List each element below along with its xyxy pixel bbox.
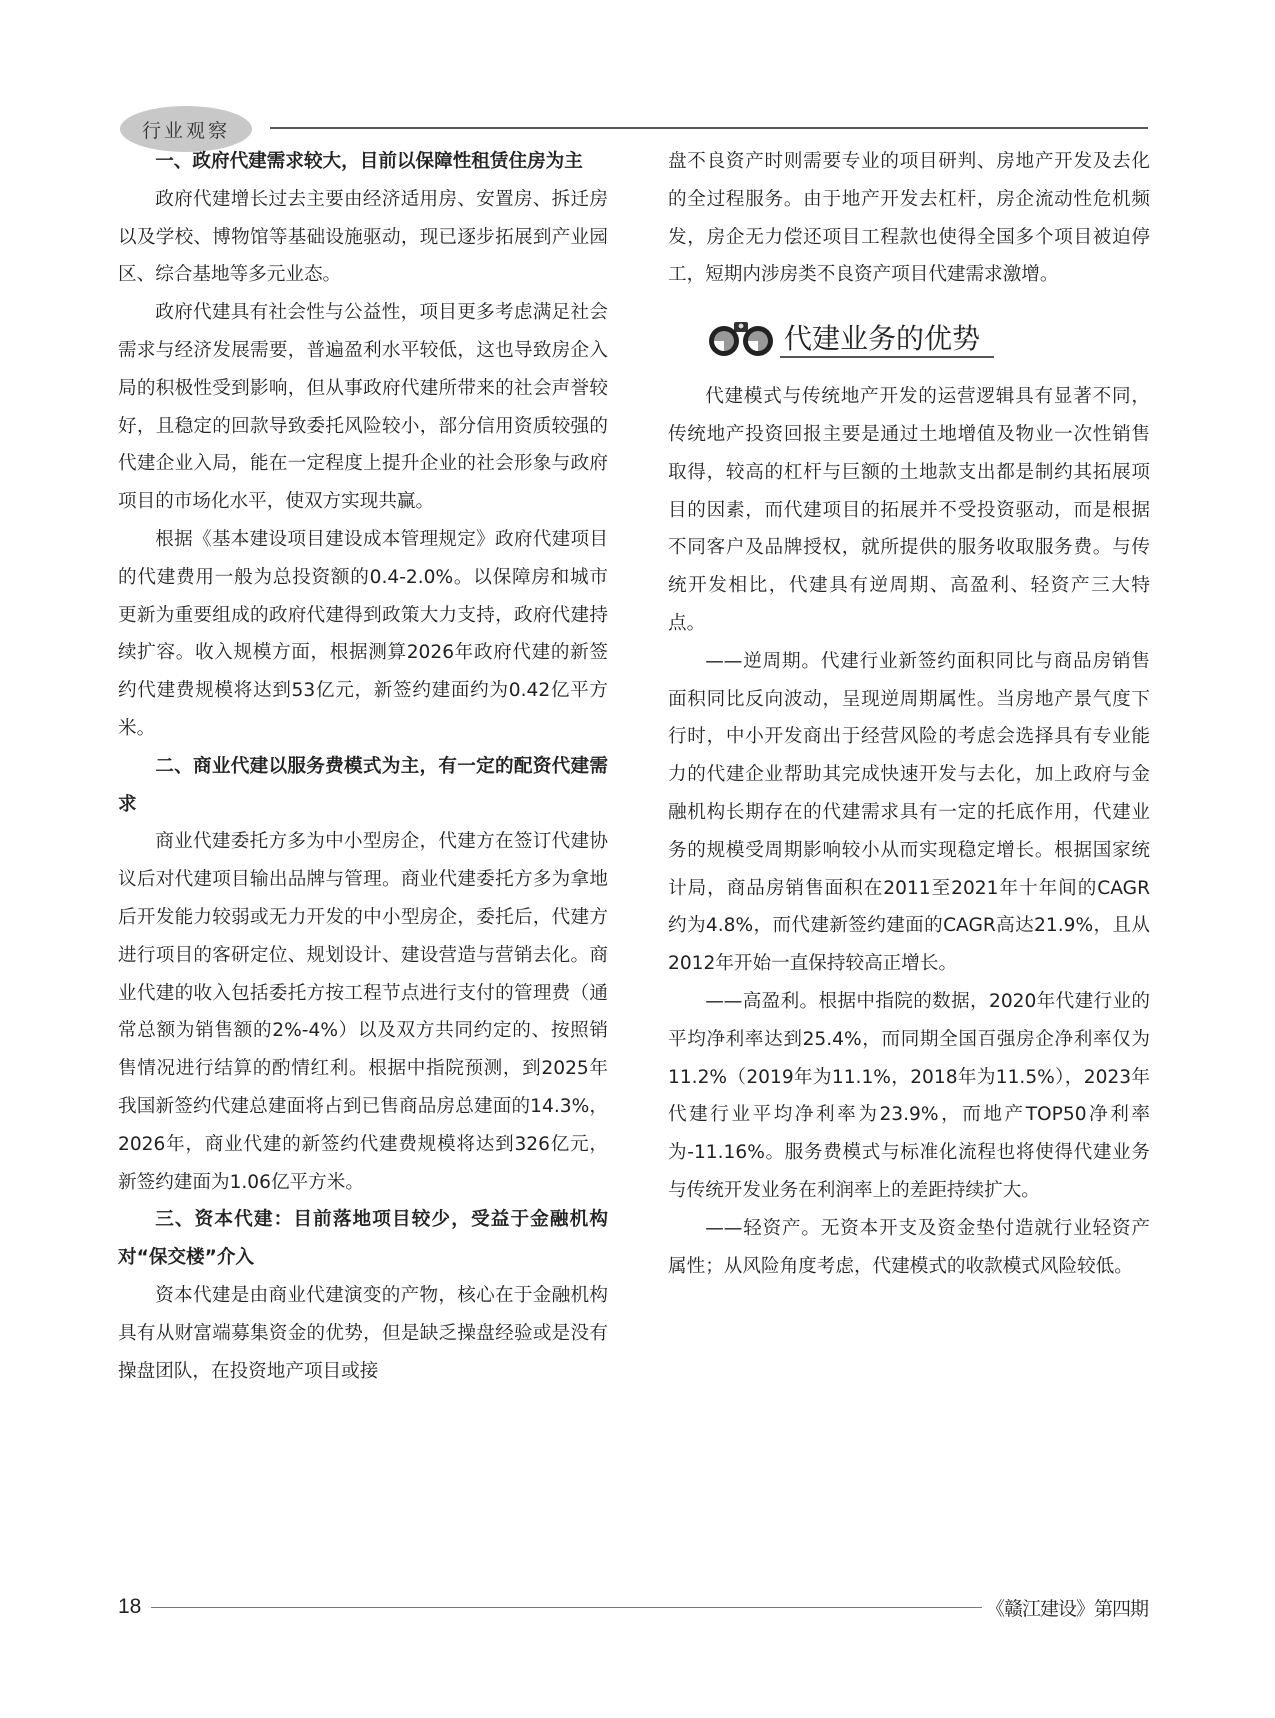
footer-rule (151, 1607, 982, 1608)
binoculars-icon (708, 318, 774, 358)
section-tab-label: 行业观察 (120, 116, 252, 143)
page-number: 18 (118, 1595, 141, 1619)
right-column: 盘不良资产时则需要专业的项目研判、房地产开发及去化的全过程服务。由于地产开发去杠… (668, 143, 1150, 1285)
paragraph: 资本代建是由商业代建演变的产物，核心在于金融机构具有从财富端募集资金的优势，但是… (118, 1277, 608, 1390)
paragraph: 根据《基本建设项目建设成本管理规定》政府代建项目的代建费用一般为总投资额的0.4… (118, 521, 608, 748)
paragraph: 代建模式与传统地产开发的运营逻辑具有显著不同，传统地产投资回报主要是通过土地增值… (668, 378, 1150, 643)
paragraph-high-profit: ——高盈利。根据中指院的数据，2020年代建行业的平均净利率达到25.4%，而同… (668, 983, 1150, 1210)
section-title: 代建业务的优势 (708, 312, 1150, 358)
paragraph: 商业代建委托方多为中小型房企，代建方在签订代建协议后对代建项目输出品牌与管理。商… (118, 823, 608, 1201)
left-column: 一、政府代建需求较大，目前以保障性租赁住房为主 政府代建增长过去主要由经济适用房… (118, 143, 608, 1390)
paragraph-asset-light: ——轻资产。无资本开支及资金垫付造就行业轻资产属性；从风险角度考虑，代建模式的收… (668, 1210, 1150, 1286)
journal-title: 《赣江建设》第四期 (986, 1594, 1148, 1621)
paragraph-counter-cyclical: ——逆周期。代建行业新签约面积同比与商品房销售面积同比反向波动，呈现逆周期属性。… (668, 643, 1150, 983)
paragraph: 政府代建具有社会性与公益性，项目更多考虑满足社会需求与经济发展需要，普遍盈利水平… (118, 294, 608, 521)
paragraph: 政府代建增长过去主要由经济适用房、安置房、拆迁房以及学校、博物馆等基础设施驱动，… (118, 181, 608, 294)
header-rule (270, 127, 1148, 129)
heading-government-agent-construction: 一、政府代建需求较大，目前以保障性租赁住房为主 (118, 143, 608, 181)
footer: 18 《赣江建设》第四期 (118, 1592, 1148, 1622)
paragraph-continuation: 盘不良资产时则需要专业的项目研判、房地产开发及去化的全过程服务。由于地产开发去杠… (668, 143, 1150, 294)
heading-capital-agent-construction: 三、资本代建：目前落地项目较少，受益于金融机构对“保交楼”介入 (118, 1201, 608, 1277)
heading-commercial-agent-construction: 二、商业代建以服务费模式为主，有一定的配资代建需求 (118, 748, 608, 824)
section-title-text: 代建业务的优势 (780, 322, 994, 358)
